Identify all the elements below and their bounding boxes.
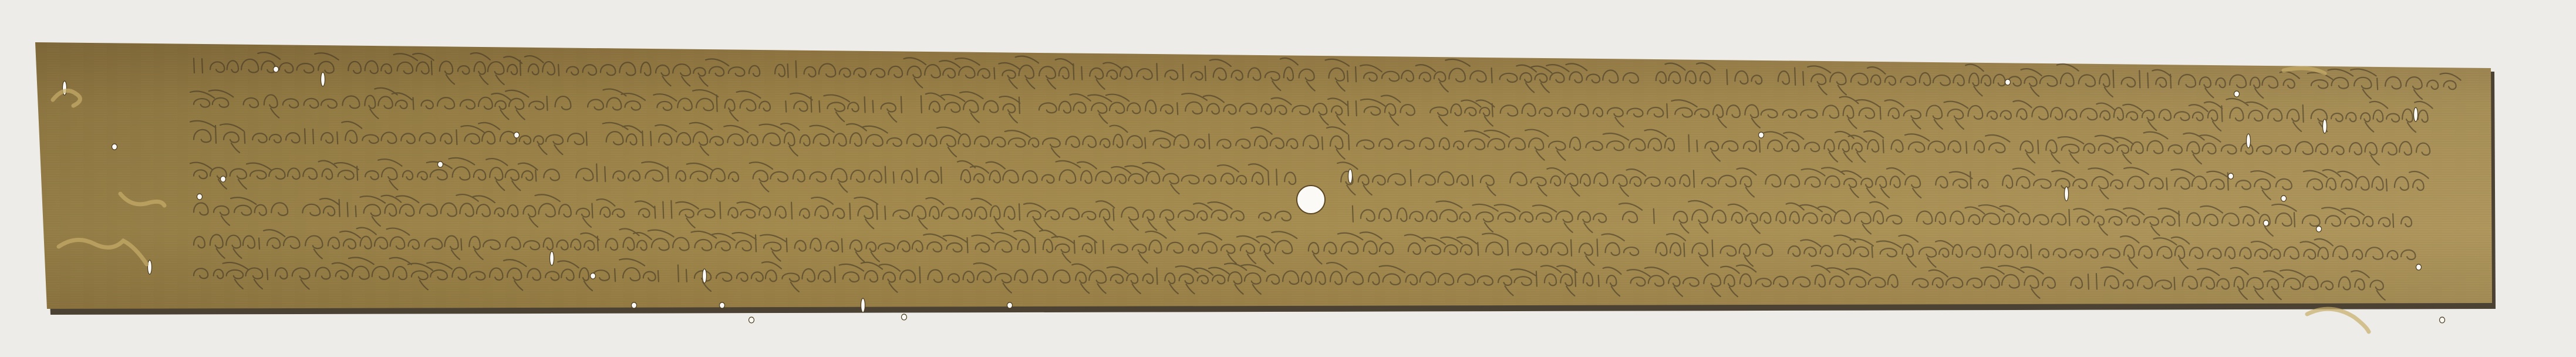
- worm-hole: [221, 176, 226, 182]
- binding-hole: [1297, 186, 1325, 214]
- worm-hole: [749, 317, 754, 323]
- worm-hole: [720, 302, 725, 308]
- worm-hole: [591, 273, 596, 279]
- palm-leaf-svg: [0, 0, 2576, 357]
- worm-hole: [2065, 187, 2069, 201]
- worm-hole: [2234, 91, 2240, 97]
- worm-hole: [550, 251, 554, 265]
- worm-hole: [438, 161, 443, 167]
- worm-track: [2307, 309, 2369, 332]
- worm-hole: [2416, 264, 2422, 270]
- worm-hole: [1759, 132, 1764, 138]
- worm-hole: [2440, 317, 2445, 323]
- worm-hole: [2264, 220, 2269, 226]
- worm-hole: [1348, 169, 1353, 183]
- worm-hole: [321, 72, 325, 86]
- worm-hole: [2281, 196, 2287, 201]
- worm-hole: [2247, 134, 2251, 148]
- worm-hole: [148, 260, 152, 274]
- worm-hole: [274, 66, 279, 72]
- worm-hole: [2005, 79, 2011, 85]
- worm-hole: [2317, 226, 2322, 232]
- worm-hole: [514, 132, 520, 138]
- worm-hole: [2323, 119, 2327, 133]
- worm-hole: [632, 302, 637, 308]
- worm-hole: [112, 144, 117, 150]
- worm-hole: [197, 194, 203, 200]
- worm-hole: [1007, 302, 1013, 308]
- leaf-fiber-texture: [35, 42, 2492, 309]
- manuscript-photo: Palm leaf manuscript folio Odia (handwri…: [0, 0, 2576, 357]
- worm-hole: [861, 298, 865, 312]
- worm-hole: [703, 269, 707, 283]
- worm-hole: [902, 314, 907, 320]
- worm-hole: [2414, 107, 2418, 122]
- worm-hole: [2228, 173, 2234, 179]
